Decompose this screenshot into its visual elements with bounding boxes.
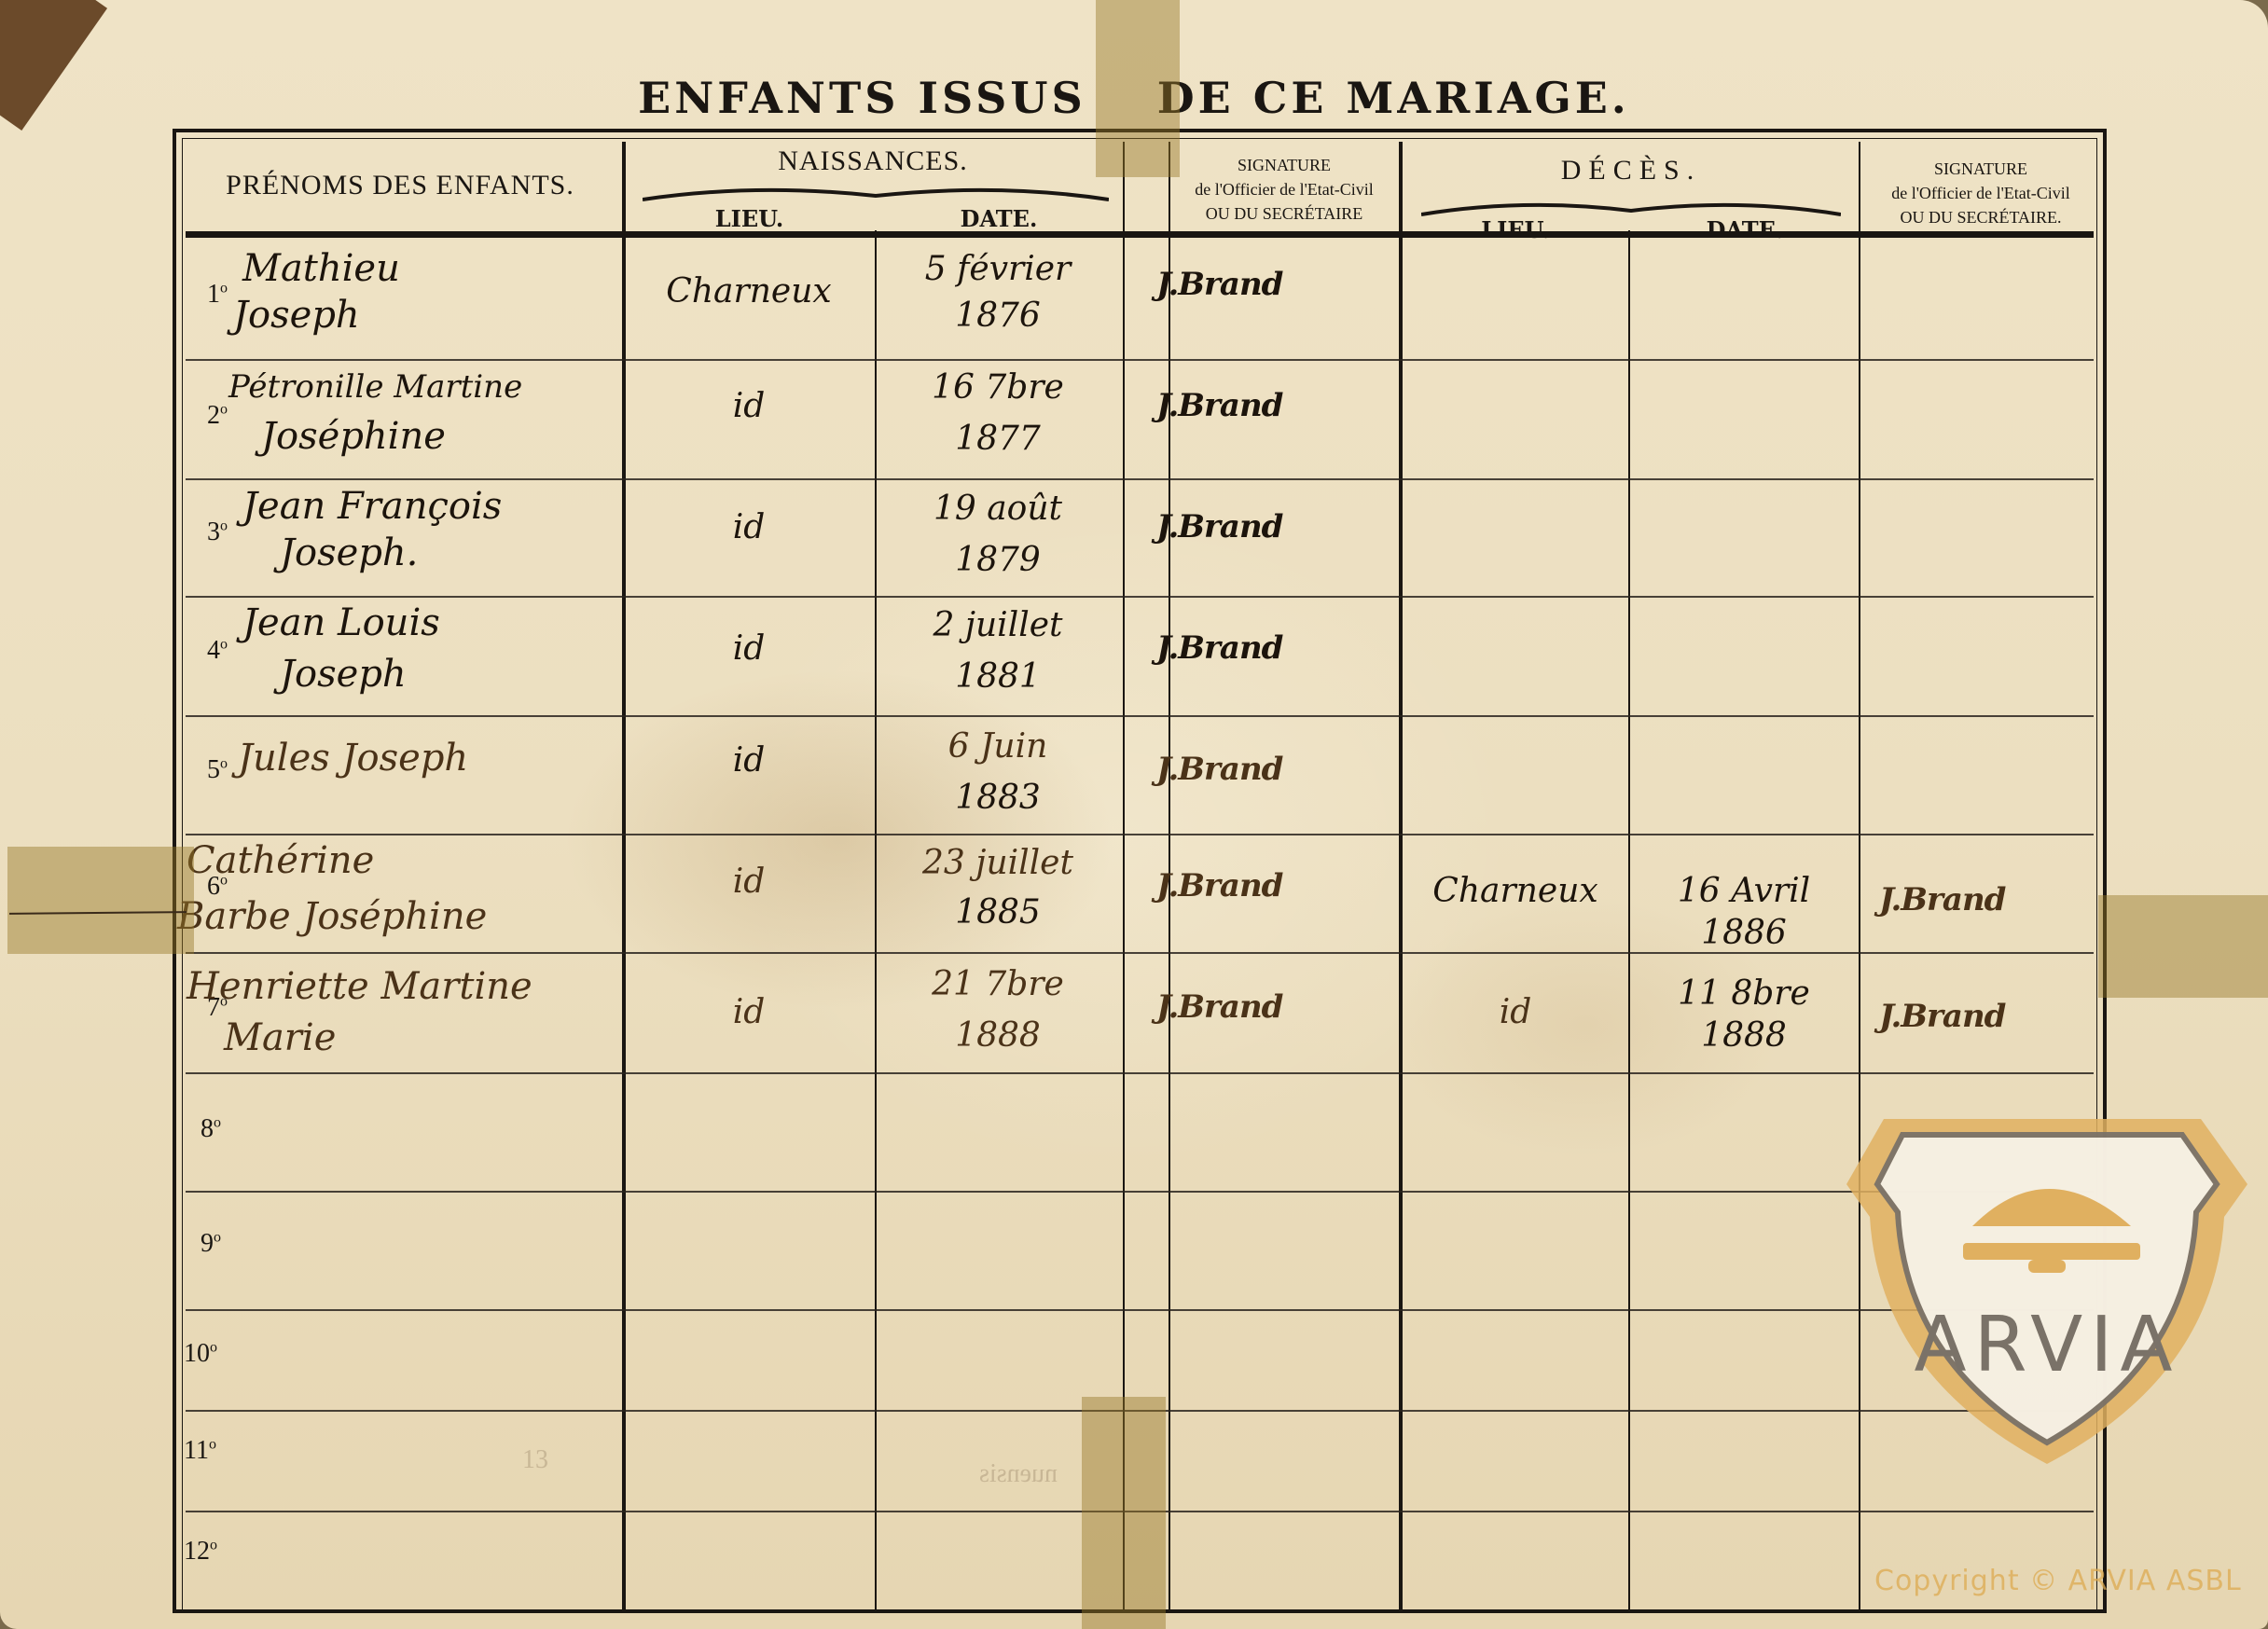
tape-right bbox=[2098, 895, 2268, 998]
divider-fold-left bbox=[1123, 142, 1125, 1609]
title-right: DE CE MARIAGE. bbox=[1157, 73, 1630, 123]
birth-date-7b: 1888 bbox=[877, 1016, 1119, 1055]
child-name-4a: Jean Louis bbox=[242, 601, 440, 644]
death-date-6b: 1886 bbox=[1632, 914, 1856, 952]
row-line-4 bbox=[186, 715, 2094, 717]
signature-5: J.Brand bbox=[1156, 751, 1282, 788]
birth-date-1b: 1876 bbox=[877, 297, 1119, 335]
death-date-7b: 1888 bbox=[1632, 1016, 1856, 1055]
death-date-7a: 11 8bre bbox=[1632, 974, 1856, 1013]
death-signature-7: J.Brand bbox=[1879, 998, 2005, 1035]
signature-1: J.Brand bbox=[1156, 266, 1282, 303]
birth-date-6a: 23 juillet bbox=[877, 844, 1119, 882]
birth-place-4: id bbox=[627, 629, 871, 668]
birth-date-7a: 21 7bre bbox=[877, 965, 1119, 1003]
child-name-7b: Marie bbox=[224, 1016, 336, 1059]
header-naissances: NAISSANCES. bbox=[626, 145, 1120, 177]
row-number-2: 2o bbox=[207, 401, 228, 431]
header-deces: DÉCÈS. bbox=[1403, 155, 1860, 186]
child-name-1b: Joseph bbox=[233, 294, 360, 337]
birth-date-2a: 16 7bre bbox=[877, 368, 1119, 407]
death-place-6: Charneux bbox=[1404, 872, 1627, 910]
tape-bottom bbox=[1082, 1397, 1166, 1629]
birth-date-5a: 6 Juin bbox=[877, 727, 1119, 766]
header-signature2: SIGNATURE de l'Officier de l'Etat-Civil … bbox=[1860, 157, 2101, 229]
birth-place-7: id bbox=[627, 993, 871, 1031]
row-line-6 bbox=[186, 952, 2094, 954]
birth-date-2b: 1877 bbox=[877, 420, 1119, 458]
ghost-bleed-text: nuensis bbox=[979, 1459, 1058, 1489]
birth-place-2: id bbox=[627, 387, 871, 425]
row-number-1: 1o bbox=[207, 280, 228, 310]
register-table: PRÉNOMS DES ENFANTS. NAISSANCES. LIEU. D… bbox=[173, 129, 2107, 1613]
header-rule bbox=[186, 231, 2094, 238]
svg-text:ARVIA: ARVIA bbox=[1915, 1301, 2180, 1389]
tape-left bbox=[7, 847, 194, 954]
birth-date-3b: 1879 bbox=[877, 541, 1119, 579]
birth-place-1: Charneux bbox=[627, 272, 871, 311]
row-number-8: 8o bbox=[201, 1114, 221, 1144]
row-line-5 bbox=[186, 834, 2094, 835]
row-number-12: 12o bbox=[184, 1537, 217, 1567]
row-line-8 bbox=[186, 1191, 2094, 1193]
child-name-4b: Joseph bbox=[280, 653, 407, 696]
row-line-9 bbox=[186, 1309, 2094, 1311]
child-name-6a: Cathérine bbox=[187, 839, 374, 882]
row-number-5: 5o bbox=[207, 755, 228, 785]
signature-7: J.Brand bbox=[1156, 988, 1282, 1026]
death-place-7: id bbox=[1404, 993, 1627, 1031]
row-number-3: 3o bbox=[207, 518, 228, 547]
row-number-4: 4o bbox=[207, 636, 228, 666]
birth-place-6: id bbox=[627, 863, 871, 901]
birth-date-1a: 5 février bbox=[877, 250, 1119, 288]
signature-4: J.Brand bbox=[1156, 629, 1282, 667]
brace-naissances bbox=[643, 183, 1109, 201]
child-name-5a: Jules Joseph bbox=[238, 737, 468, 780]
divider-prenoms bbox=[622, 142, 626, 1609]
signature-6: J.Brand bbox=[1156, 867, 1282, 904]
row-number-11: 11o bbox=[184, 1436, 216, 1466]
copyright-text: Copyright © ARVIA ASBL bbox=[1874, 1565, 2242, 1597]
child-name-6b: Barbe Joséphine bbox=[177, 895, 487, 938]
row-number-9: 9o bbox=[201, 1229, 221, 1259]
row-number-10: 10o bbox=[184, 1339, 217, 1369]
birth-date-5b: 1883 bbox=[877, 779, 1119, 817]
header-birth-lieu: LIEU. bbox=[626, 205, 873, 232]
birth-date-4a: 2 juillet bbox=[877, 606, 1119, 644]
header-birth-date: DATE. bbox=[877, 205, 1121, 232]
title-left: ENFANTS ISSUS bbox=[638, 73, 1086, 123]
birth-place-3: id bbox=[627, 508, 871, 546]
birth-date-3a: 19 août bbox=[877, 490, 1119, 528]
death-signature-6: J.Brand bbox=[1879, 881, 2005, 918]
child-name-7a: Henriette Martine bbox=[187, 965, 532, 1008]
child-name-1a: Mathieu bbox=[242, 247, 400, 290]
row-line-7 bbox=[186, 1072, 2094, 1074]
death-date-6a: 16 Avril bbox=[1632, 872, 1856, 910]
signature-3: J.Brand bbox=[1156, 508, 1282, 545]
divider-signature1 bbox=[1399, 142, 1403, 1609]
divider-death-lieu-date bbox=[1628, 230, 1630, 1609]
signature-2: J.Brand bbox=[1156, 387, 1282, 424]
row-line-3 bbox=[186, 596, 2094, 598]
brace-deces bbox=[1421, 198, 1841, 216]
header-death-lieu: LIEU. bbox=[1403, 216, 1628, 243]
header-prenoms: PRÉNOMS DES ENFANTS. bbox=[186, 170, 615, 201]
tape-top bbox=[1096, 0, 1180, 177]
birth-date-6b: 1885 bbox=[877, 893, 1119, 932]
header-signature1: SIGNATURE de l'Officier de l'Etat-Civil … bbox=[1170, 153, 1398, 226]
header-death-date: DATE. bbox=[1631, 216, 1859, 243]
child-name-3a: Jean François bbox=[242, 485, 502, 528]
ghost-page-number: 13 bbox=[522, 1445, 548, 1475]
child-name-3b: Joseph. bbox=[280, 531, 418, 574]
row-line-2 bbox=[186, 478, 2094, 480]
birth-date-4b: 1881 bbox=[877, 657, 1119, 696]
child-name-2b: Joséphine bbox=[261, 415, 446, 458]
arvia-logo: ARVIA bbox=[1832, 1096, 2261, 1487]
child-name-2a: Pétronille Martine bbox=[228, 368, 522, 406]
birth-place-5: id bbox=[627, 741, 871, 780]
row-line-1 bbox=[186, 359, 2094, 361]
